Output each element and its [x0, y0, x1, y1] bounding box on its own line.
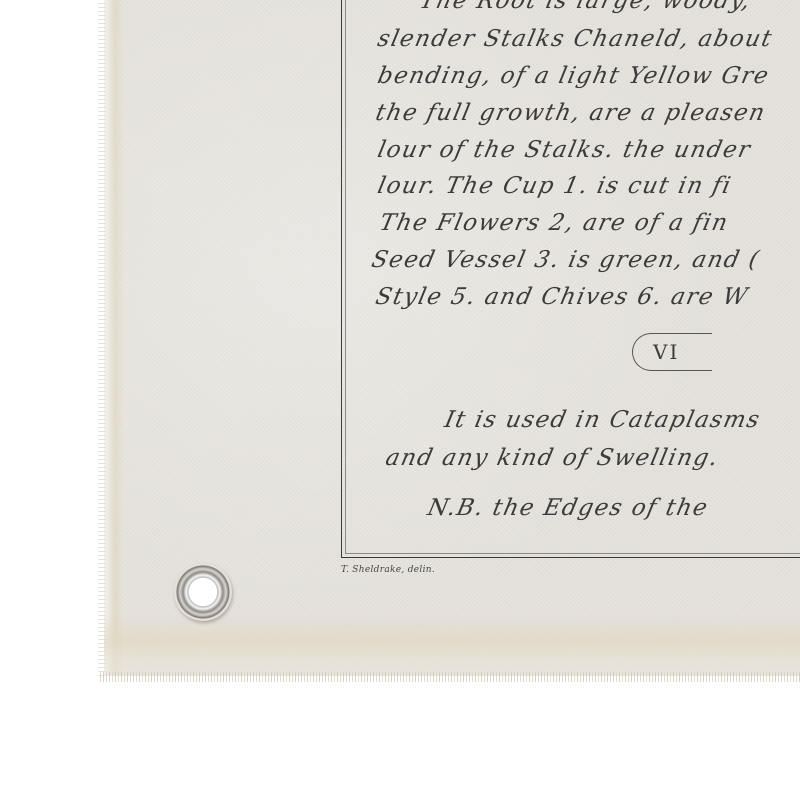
text-line-9: Style 5. and Chives 6. are W	[373, 284, 751, 310]
text-line-8: Seed Vessel 3. is green, and (	[369, 247, 762, 273]
text-line-2: slender Stalks Chaneld, about	[375, 26, 775, 52]
bottom-fringe	[100, 672, 800, 682]
usage-line-3: N.B. the Edges of the	[425, 495, 711, 521]
text-line-3: bending, of a light Yellow Gre	[375, 63, 772, 89]
text-line-1: The Root is large, woody,	[417, 0, 754, 14]
left-fringe	[98, 0, 106, 676]
bottom-hem	[104, 614, 800, 676]
text-line-4: the full growth, are a pleasen	[373, 100, 768, 126]
usage-line-1: It is used in Cataplasms	[442, 407, 763, 433]
text-line-6: lour. The Cup 1. is cut in fi	[375, 173, 734, 199]
plate-number: VI	[632, 333, 712, 371]
artist-credit: T. Sheldrake, delin.	[341, 565, 435, 575]
text-line-7: The Flowers 2, are of a fin	[377, 210, 731, 236]
grommet-icon	[174, 563, 232, 621]
usage-line-2: and any kind of Swelling.	[383, 445, 721, 471]
plate-number-text: VI	[653, 340, 679, 364]
text-line-5: lour of the Stalks. the under	[375, 137, 753, 163]
